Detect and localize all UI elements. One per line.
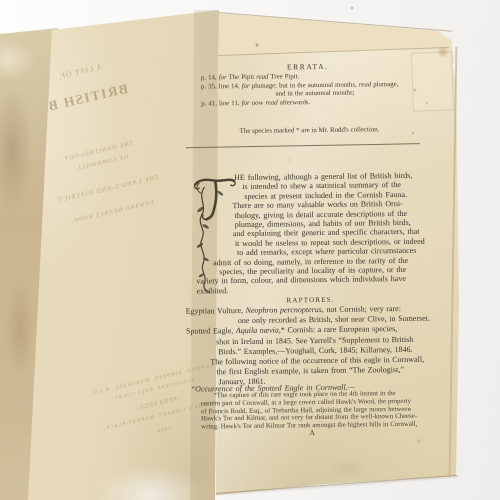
errata-heading: ERRATA. — [183, 61, 433, 73]
signature-mark: A — [187, 427, 437, 439]
zoologist-quote: “The capture of this rare eagle took pla… — [201, 389, 451, 431]
species-list: Egyptian Vulture, Neophron percnopterus,… — [186, 303, 445, 388]
printed-text: ERRATA. p. 14, for The Pipit read Tree P… — [0, 0, 500, 500]
errata-item: p. 41, line 11, for now read afterwards. — [201, 97, 429, 108]
errata-list: p. 14, for The Pipit read Tree Pipit. p.… — [201, 72, 429, 109]
printed-rule — [186, 143, 420, 148]
ornate-drop-cap-T — [192, 171, 240, 296]
book-photograph: A LIST OF, BRITISH BIRDS, THE ORNITHOLOG… — [0, 0, 500, 500]
collection-note: The species marked * are in Mr. Rodd's c… — [182, 126, 438, 136]
